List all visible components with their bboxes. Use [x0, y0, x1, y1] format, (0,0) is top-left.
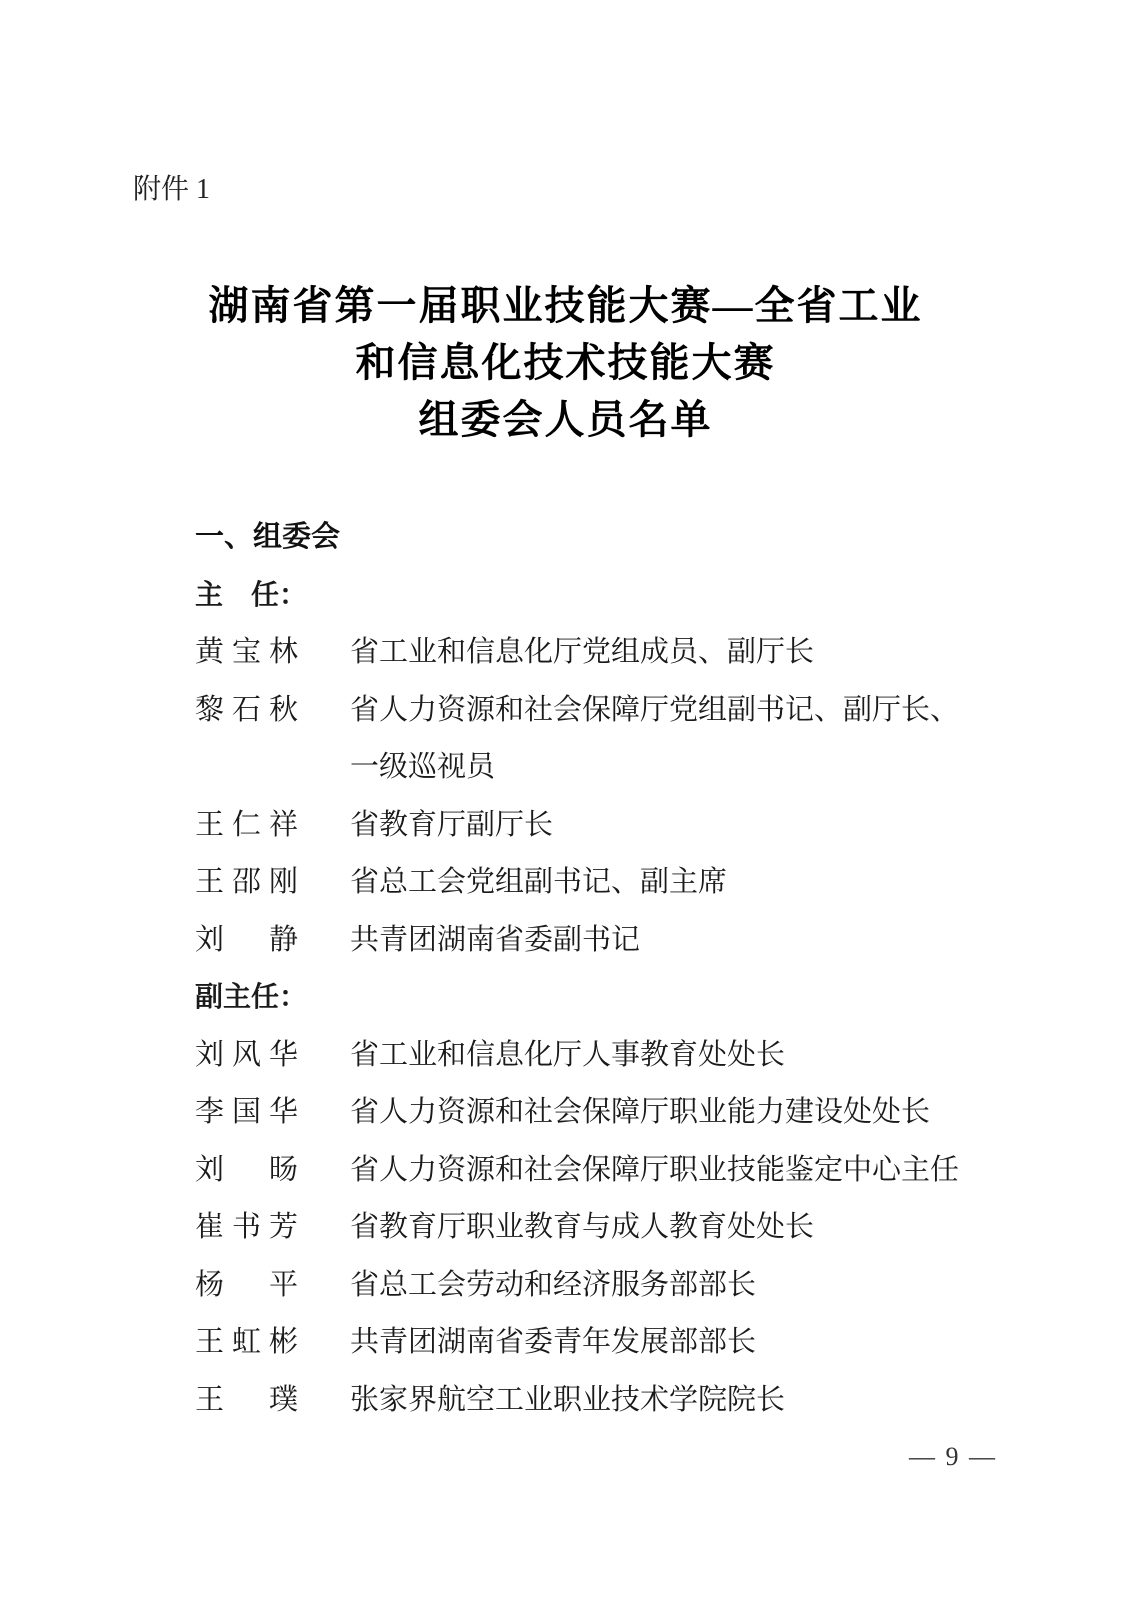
committee-list: 一、组委会 主 任： 黄宝林 省工业和信息化厅党组成员、副厅长 黎石秋 省人力资… [195, 509, 1005, 1429]
member-name: 刘 静 [195, 912, 298, 970]
member-position: 省总工会劳动和经济服务部部长 [350, 1257, 756, 1315]
member-position: 省人力资源和社会保障厅职业技能鉴定中心主任 [350, 1142, 959, 1200]
position-line: 一级巡视员 [350, 739, 959, 797]
member-row: 王虹彬 共青团湖南省委青年发展部部长 [195, 1314, 1005, 1372]
member-row: 刘 旸 省人力资源和社会保障厅职业技能鉴定中心主任 [195, 1142, 1005, 1200]
page-number: — 9 — [909, 1442, 997, 1472]
member-name: 王 璞 [195, 1372, 298, 1430]
title-line-3: 组委会人员名单 [0, 391, 1131, 448]
member-row: 王 璞 张家界航空工业职业技术学院院长 [195, 1372, 1005, 1430]
member-position: 省人力资源和社会保障厅党组副书记、副厅长、一级巡视员 [350, 682, 959, 797]
member-row: 刘 静 共青团湖南省委副书记 [195, 912, 1005, 970]
attachment-label: 附件 1 [133, 170, 210, 210]
position-line: 省人力资源和社会保障厅职业能力建设处处长 [350, 1084, 930, 1142]
member-row: 王邵刚 省总工会党组副书记、副主席 [195, 854, 1005, 912]
member-position: 省总工会党组副书记、副主席 [350, 854, 727, 912]
member-name: 刘风华 [195, 1027, 298, 1085]
position-line: 共青团湖南省委青年发展部部长 [350, 1314, 756, 1372]
member-position: 共青团湖南省委青年发展部部长 [350, 1314, 756, 1372]
member-row: 刘风华 省工业和信息化厅人事教育处处长 [195, 1027, 1005, 1085]
member-name: 王邵刚 [195, 854, 298, 912]
member-name: 杨 平 [195, 1257, 298, 1315]
member-position: 省教育厅副厅长 [350, 797, 553, 855]
member-name: 王仁祥 [195, 797, 298, 855]
member-position: 省人力资源和社会保障厅职业能力建设处处长 [350, 1084, 930, 1142]
position-line: 省教育厅职业教育与成人教育处处长 [350, 1199, 814, 1257]
document-title: 湖南省第一届职业技能大赛—全省工业 和信息化技术技能大赛 组委会人员名单 [0, 277, 1131, 448]
position-line: 省工业和信息化厅人事教育处处长 [350, 1027, 785, 1085]
member-name: 黄宝林 [195, 624, 298, 682]
position-line: 省总工会劳动和经济服务部部长 [350, 1257, 756, 1315]
title-line-2: 和信息化技术技能大赛 [0, 334, 1131, 391]
role-label: 主 任： [195, 567, 1005, 625]
document-page: 附件 1 湖南省第一届职业技能大赛—全省工业 和信息化技术技能大赛 组委会人员名… [0, 0, 1131, 1600]
position-line: 省总工会党组副书记、副主席 [350, 854, 727, 912]
role-label: 副主任： [195, 969, 1005, 1027]
position-line: 省工业和信息化厅党组成员、副厅长 [350, 624, 814, 682]
member-name: 黎石秋 [195, 682, 298, 740]
member-position: 省教育厅职业教育与成人教育处处长 [350, 1199, 814, 1257]
position-line: 省人力资源和社会保障厅职业技能鉴定中心主任 [350, 1142, 959, 1200]
member-row: 崔书芳 省教育厅职业教育与成人教育处处长 [195, 1199, 1005, 1257]
member-name: 崔书芳 [195, 1199, 298, 1257]
member-position: 省工业和信息化厅党组成员、副厅长 [350, 624, 814, 682]
section-heading: 一、组委会 [195, 509, 1005, 567]
member-position: 张家界航空工业职业技术学院院长 [350, 1372, 785, 1430]
member-row: 杨 平 省总工会劳动和经济服务部部长 [195, 1257, 1005, 1315]
position-line: 共青团湖南省委副书记 [350, 912, 640, 970]
member-row: 王仁祥 省教育厅副厅长 [195, 797, 1005, 855]
member-rows-container: 主 任： 黄宝林 省工业和信息化厅党组成员、副厅长 黎石秋 省人力资源和社会保障… [195, 567, 1005, 1430]
member-row: 黄宝林 省工业和信息化厅党组成员、副厅长 [195, 624, 1005, 682]
member-position: 省工业和信息化厅人事教育处处长 [350, 1027, 785, 1085]
member-name: 李国华 [195, 1084, 298, 1142]
title-line-1: 湖南省第一届职业技能大赛—全省工业 [0, 277, 1131, 334]
member-position: 共青团湖南省委副书记 [350, 912, 640, 970]
member-row: 黎石秋 省人力资源和社会保障厅党组副书记、副厅长、一级巡视员 [195, 682, 1005, 797]
member-name: 刘 旸 [195, 1142, 298, 1200]
member-row: 李国华 省人力资源和社会保障厅职业能力建设处处长 [195, 1084, 1005, 1142]
member-name: 王虹彬 [195, 1314, 298, 1372]
position-line: 张家界航空工业职业技术学院院长 [350, 1372, 785, 1430]
position-line: 省人力资源和社会保障厅党组副书记、副厅长、 [350, 682, 959, 740]
position-line: 省教育厅副厅长 [350, 797, 553, 855]
